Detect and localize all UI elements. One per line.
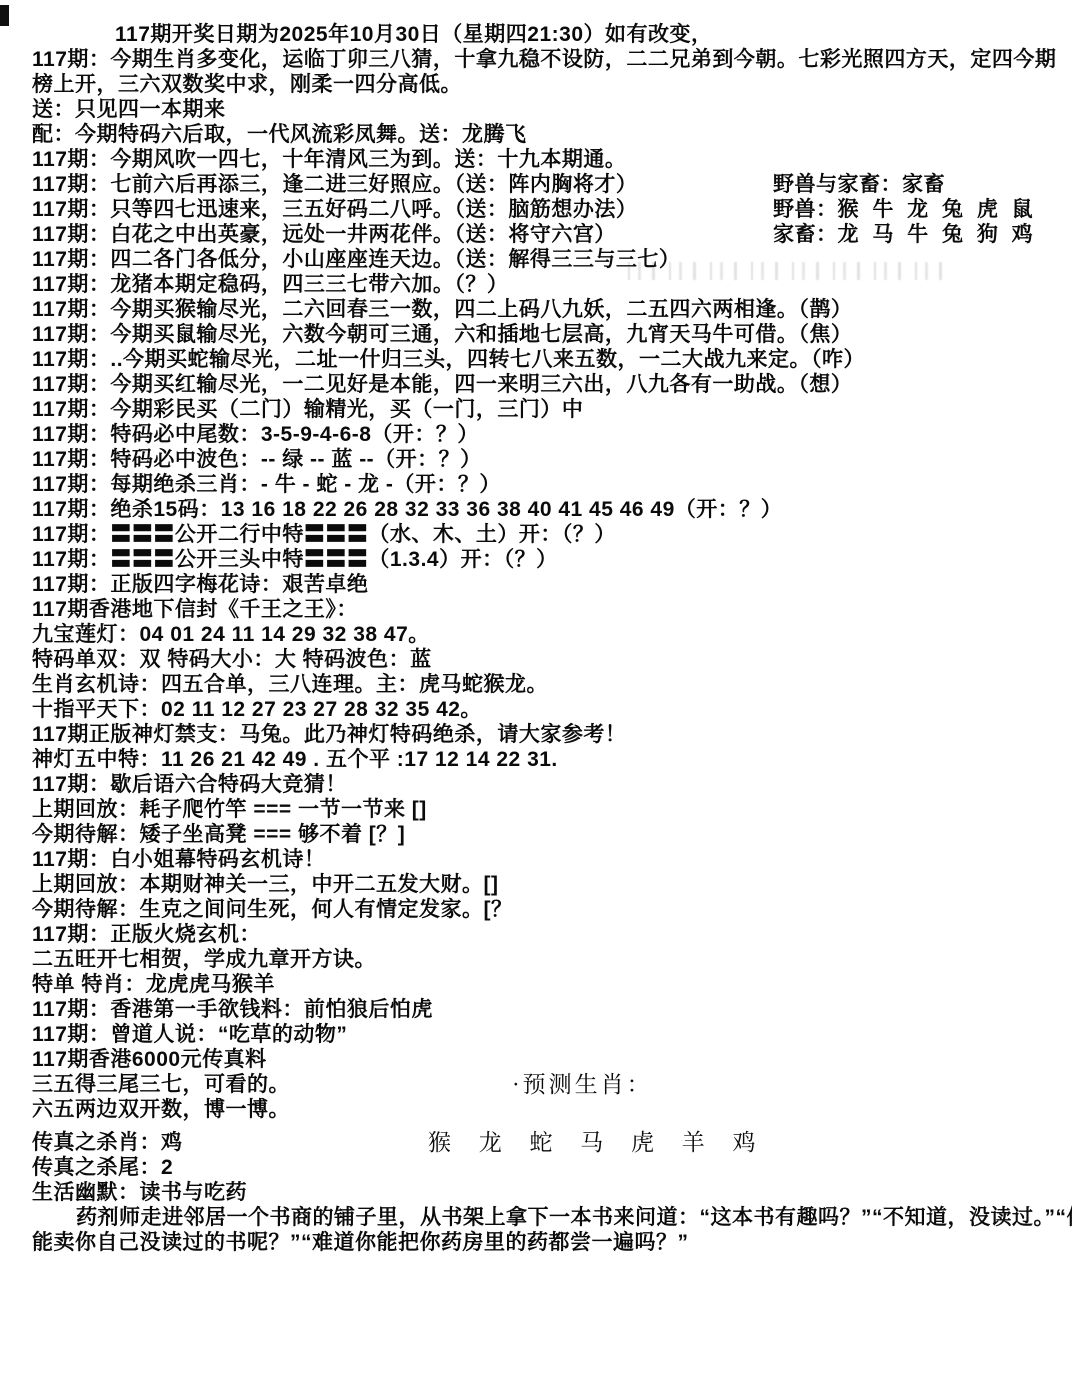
text-line: 能卖你自己没读过的书呢？”“难道你能把你药房里的药都尝一遍吗？”	[0, 1230, 1072, 1255]
text-line: 六五两边双开数，博一博。	[0, 1097, 1072, 1122]
text-line: 117期开奖日期为2025年10月30日（星期四21:30）如有改变，	[0, 22, 1072, 47]
line-text: 117期：..今期买蛇输尽光，二址一什归三头，四转七八来五数，一二大战九来定。（…	[32, 348, 865, 371]
line-text: 117期：特码必中尾数：3-5-9-4-6-8（开：？）	[32, 423, 479, 446]
text-line: 117期香港地下信封《千王之王》：	[0, 597, 1072, 622]
text-line: 117期：白花之中出英豪，远处一井两花伴。（送：将守六宫）家畜：龙 马 牛 兔 …	[0, 222, 1072, 247]
line-text: 生活幽默：读书与吃药	[32, 1181, 247, 1204]
text-line: 117期：正版四字梅花诗：艰苦卓绝	[0, 572, 1072, 597]
line-text: 117期：今期风吹一四七，十年清风三为到。送：十九本期通。	[32, 148, 626, 171]
line-text: 传真之杀尾：2	[32, 1156, 173, 1179]
line-text: 上期回放：本期财神关一三，中开二五发大财。[]	[32, 873, 499, 896]
text-line: 今期待解：生克之间问生死，何人有情定发家。[？	[0, 897, 1072, 922]
line-text: 117期开奖日期为2025年10月30日（星期四21:30）如有改变，	[115, 23, 713, 46]
line-text: 117期：今期买猴输尽光，二六回春三一数，四二上码八九妖，二五四六两相逢。（鹊）	[32, 298, 852, 321]
text-line: 生活幽默：读书与吃药	[0, 1180, 1072, 1205]
line-text: 能卖你自己没读过的书呢？”“难道你能把你药房里的药都尝一遍吗？”	[32, 1231, 689, 1254]
text-line: 上期回放：本期财神关一三，中开二五发大财。[]	[0, 872, 1072, 897]
line-text: 送：只见四一本期来	[32, 98, 226, 121]
text-line: 117期：特码必中尾数：3-5-9-4-6-8（开：？）	[0, 422, 1072, 447]
line-text: 117期：正版四字梅花诗：艰苦卓绝	[32, 573, 368, 596]
line-text: 117期：绝杀15码：13 16 18 22 26 28 32 33 36 38…	[32, 498, 782, 521]
text-line: 今期待解：矮子坐高凳 === 够不着 [？]	[0, 822, 1072, 847]
text-line: 117期正版神灯禁支：马兔。此乃神灯特码绝杀，请大家参考！	[0, 722, 1072, 747]
line-text: 生肖玄机诗：四五合单，三八连理。主：虎马蛇猴龙。	[32, 673, 548, 696]
text-line: 送：只见四一本期来	[0, 97, 1072, 122]
text-line: 117期：曾道人说：“吃草的动物”	[0, 1022, 1072, 1047]
line-text: 今期待解：生克之间问生死，何人有情定发家。[？	[32, 898, 513, 921]
text-line: 特单 特肖：龙虎虎马猴羊	[0, 972, 1072, 997]
text-line: 117期：香港第一手欲钱料：前怕狼后怕虎	[0, 997, 1072, 1022]
line-text: 117期：七前六后再添三，逢二进三好照应。（送：阵内胸将才）	[32, 173, 637, 196]
line-text: 今期待解：矮子坐高凳 === 够不着 [？]	[32, 823, 405, 846]
text-line: 二五旺开七相贺，学成九章开方诀。	[0, 947, 1072, 972]
line-text: 117期：今期彩民买（二门）输精光，买（一门，三门）中	[32, 398, 583, 421]
side-note-predict: ·预测生肖：	[512, 1072, 653, 1097]
line-text: 117期：龙猪本期定稳码，四三三七带六加。（？）	[32, 273, 508, 296]
line-text: 传真之杀肖：鸡	[32, 1131, 183, 1154]
text-line: 117期：〓〓〓公开三头中特〓〓〓（1.3.4）开：（？）	[0, 547, 1072, 572]
line-text: 117期：香港第一手欲钱料：前怕狼后怕虎	[32, 998, 433, 1021]
fax-tip-sheet: 117期开奖日期为2025年10月30日（星期四21:30）如有改变，117期：…	[0, 0, 1072, 1388]
line-text: 117期：今期买红输尽光，一二见好是本能，四一来明三六出，八九各有一助战。（想）	[32, 373, 852, 396]
faded-print-artifact	[628, 262, 946, 280]
side-note-beasts: 野兽与家畜：家畜	[773, 172, 945, 197]
line-text: 117期：曾道人说：“吃草的动物”	[32, 1023, 347, 1046]
text-body: 117期开奖日期为2025年10月30日（星期四21:30）如有改变，117期：…	[0, 22, 1072, 1255]
line-text: 十指平天下：02 11 12 27 23 27 28 32 35 42。	[32, 698, 482, 721]
line-text: 药剂师走进邻居一个书商的铺子里，从书架上拿下一本书来问道：“这本书有趣吗？”“不…	[76, 1206, 1072, 1229]
text-line: 上期回放：耗子爬竹竿 === 一节一节来 []	[0, 797, 1072, 822]
text-line: 117期：今期买鼠输尽光，六数今朝可三通，六和插地七层高，九宵天马牛可借。（焦）	[0, 322, 1072, 347]
line-text: 117期：只等四七迅速来，三五好码二八呼。（送：脑筋想办法）	[32, 198, 637, 221]
text-line: 117期：〓〓〓公开二行中特〓〓〓（水、木、土）开：（？）	[0, 522, 1072, 547]
side-note-zodiac: 猴 龙 蛇 马 虎 羊 鸡	[428, 1130, 763, 1155]
line-text: 九宝莲灯：04 01 24 11 14 29 32 38 47。	[32, 623, 430, 646]
text-line: 特码单双：双 特码大小：大 特码波色：蓝	[0, 647, 1072, 672]
line-text: 117期：〓〓〓公开二行中特〓〓〓（水、木、土）开：（？）	[32, 523, 616, 546]
line-text: 117期：白小姐幕特码玄机诗！	[32, 848, 325, 871]
line-text: 117期：四二各门各低分，小山座座连天边。（送：解得三三与三七）	[32, 248, 680, 271]
line-text: 117期：〓〓〓公开三头中特〓〓〓（1.3.4）开：（？）	[32, 548, 558, 571]
line-text: 117期：特码必中波色：-- 绿 -- 蓝 --（开：？）	[32, 448, 482, 471]
text-line: 117期：正版火烧玄机：	[0, 922, 1072, 947]
line-text: 神灯五中特：11 26 21 42 49 . 五个平 :17 12 14 22 …	[32, 748, 558, 771]
side-note-beasts: 家畜：龙 马 牛 兔 狗 鸡	[773, 222, 1033, 247]
line-text: 117期：今期生肖多变化，运临丁卯三八猜，十拿九稳不设防，二二兄弟到今朝。七彩光…	[32, 48, 1056, 71]
text-line: 117期：今期生肖多变化，运临丁卯三八猜，十拿九稳不设防，二二兄弟到今朝。七彩光…	[0, 47, 1072, 72]
text-line: 药剂师走进邻居一个书商的铺子里，从书架上拿下一本书来问道：“这本书有趣吗？”“不…	[0, 1205, 1072, 1230]
text-line: 117期：七前六后再添三，逢二进三好照应。（送：阵内胸将才）野兽与家畜：家畜	[0, 172, 1072, 197]
text-line: 117期：绝杀15码：13 16 18 22 26 28 32 33 36 38…	[0, 497, 1072, 522]
text-line: 九宝莲灯：04 01 24 11 14 29 32 38 47。	[0, 622, 1072, 647]
text-line: 117期：..今期买蛇输尽光，二址一什归三头，四转七八来五数，一二大战九来定。（…	[0, 347, 1072, 372]
line-text: 三五得三尾三七，可看的。	[32, 1073, 290, 1096]
line-text: 117期香港6000元传真料	[32, 1048, 267, 1071]
text-line: 三五得三尾三七，可看的。·预测生肖：	[0, 1072, 1072, 1097]
line-text: 117期正版神灯禁支：马兔。此乃神灯特码绝杀，请大家参考！	[32, 723, 626, 746]
line-text: 117期香港地下信封《千王之王》：	[32, 598, 358, 621]
text-line: 配：今期特码六后取，一代风流彩凤舞。送：龙腾飞	[0, 122, 1072, 147]
line-text: 117期：今期买鼠输尽光，六数今朝可三通，六和插地七层高，九宵天马牛可借。（焦）	[32, 323, 852, 346]
line-text: 榜上开，三六双数奖中求，刚柔一四分高低。	[32, 73, 462, 96]
text-line: 117期：只等四七迅速来，三五好码二八呼。（送：脑筋想办法）野兽：猴 牛 龙 兔…	[0, 197, 1072, 222]
line-text: 特码单双：双 特码大小：大 特码波色：蓝	[32, 648, 432, 671]
line-text: 二五旺开七相贺，学成九章开方诀。	[32, 948, 376, 971]
text-line: 传真之杀肖：鸡猴 龙 蛇 马 虎 羊 鸡	[0, 1130, 1072, 1155]
text-line: 榜上开，三六双数奖中求，刚柔一四分高低。	[0, 72, 1072, 97]
text-line: 117期：白小姐幕特码玄机诗！	[0, 847, 1072, 872]
text-line: 117期：特码必中波色：-- 绿 -- 蓝 --（开：？）	[0, 447, 1072, 472]
text-line: 生肖玄机诗：四五合单，三八连理。主：虎马蛇猴龙。	[0, 672, 1072, 697]
line-text: 特单 特肖：龙虎虎马猴羊	[32, 973, 275, 996]
line-text: 117期：正版火烧玄机：	[32, 923, 261, 946]
line-text: 配：今期特码六后取，一代风流彩凤舞。送：龙腾飞	[32, 123, 527, 146]
side-note-beasts: 野兽：猴 牛 龙 兔 虎 鼠	[773, 197, 1033, 222]
text-line: 神灯五中特：11 26 21 42 49 . 五个平 :17 12 14 22 …	[0, 747, 1072, 772]
text-line: 117期：今期风吹一四七，十年清风三为到。送：十九本期通。	[0, 147, 1072, 172]
text-line: 117期：今期彩民买（二门）输精光，买（一门，三门）中	[0, 397, 1072, 422]
text-line: 117期：今期买红输尽光，一二见好是本能，四一来明三六出，八九各有一助战。（想）	[0, 372, 1072, 397]
line-text: 上期回放：耗子爬竹竿 === 一节一节来 []	[32, 798, 427, 821]
text-line: 117期：今期买猴输尽光，二六回春三一数，四二上码八九妖，二五四六两相逢。（鹊）	[0, 297, 1072, 322]
text-line: 117期香港6000元传真料	[0, 1047, 1072, 1072]
text-line: 117期：歇后语六合特码大竞猜！	[0, 772, 1072, 797]
text-line: 传真之杀尾：2	[0, 1155, 1072, 1180]
text-line: 十指平天下：02 11 12 27 23 27 28 32 35 42。	[0, 697, 1072, 722]
text-line: 117期：每期绝杀三肖：- 牛 - 蛇 - 龙 -（开：？）	[0, 472, 1072, 497]
line-text: 117期：歇后语六合特码大竞猜！	[32, 773, 347, 796]
line-text: 六五两边双开数，博一博。	[32, 1098, 290, 1121]
line-text: 117期：每期绝杀三肖：- 牛 - 蛇 - 龙 -（开：？）	[32, 473, 501, 496]
line-text: 117期：白花之中出英豪，远处一井两花伴。（送：将守六宫）	[32, 223, 616, 246]
